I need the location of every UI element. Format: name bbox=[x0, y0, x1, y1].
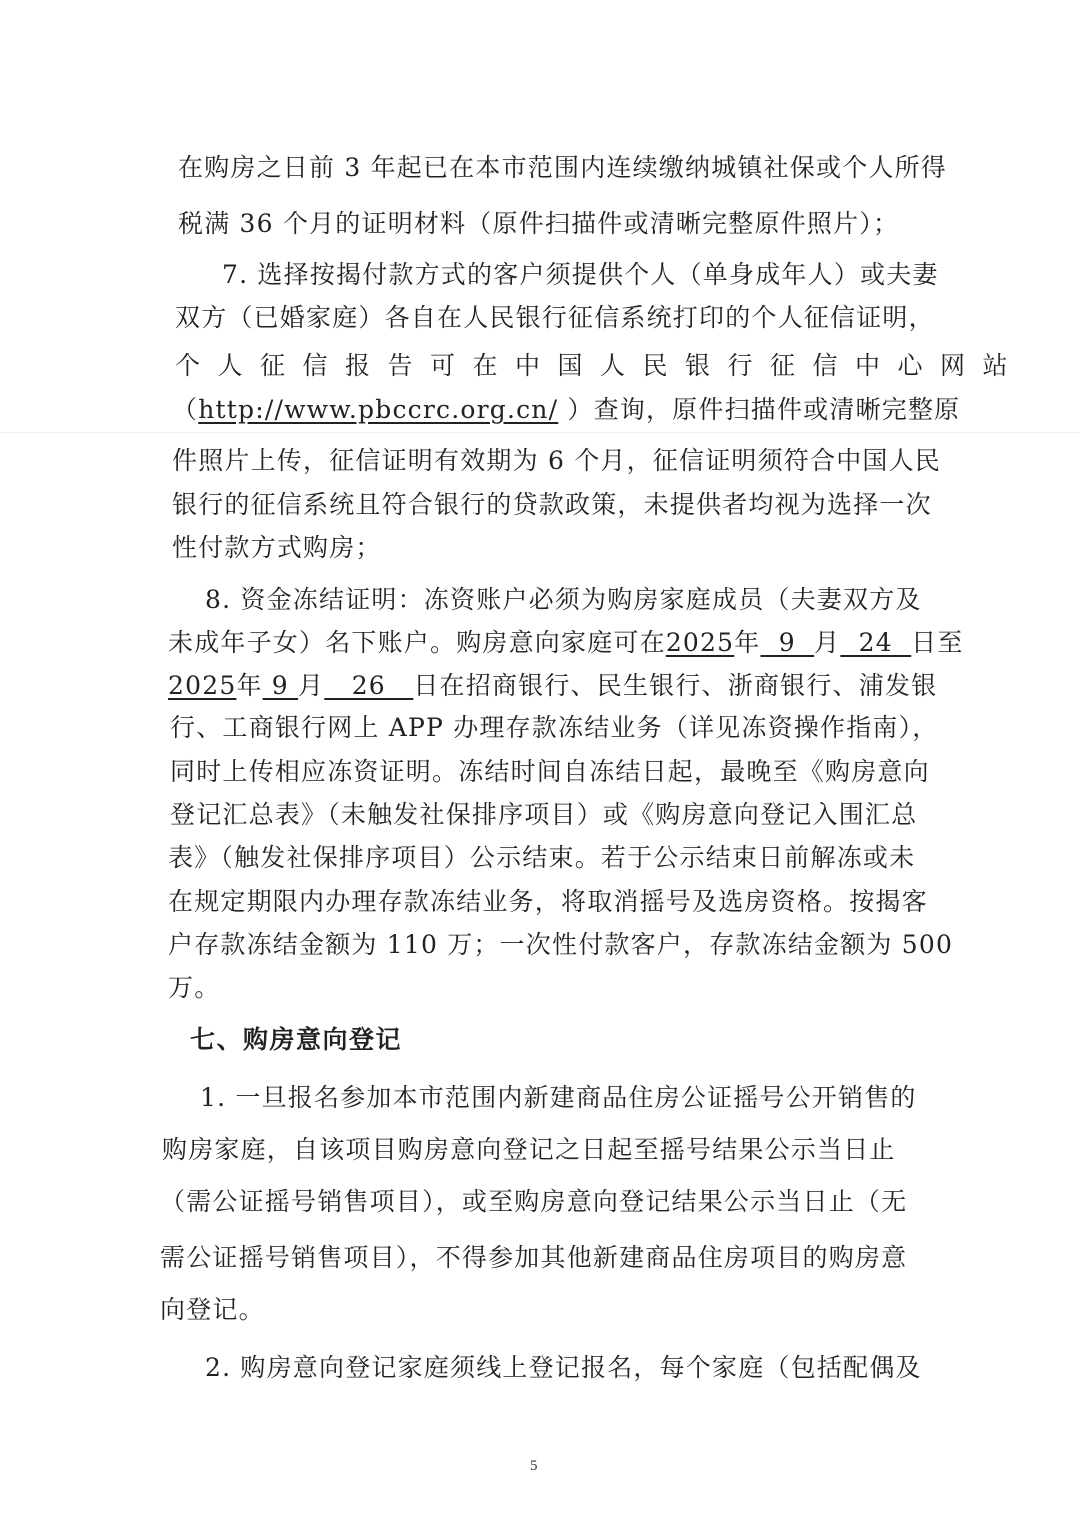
month-label: 月 bbox=[814, 628, 840, 657]
end-year: 2025 bbox=[168, 671, 236, 700]
text-line: 向登记。 bbox=[160, 1293, 265, 1327]
url-line-rest: ）查询，原件扫描件或清晰完整原 bbox=[558, 395, 960, 424]
start-month: 9 bbox=[760, 628, 814, 657]
date-prefix: 未成年子女）名下账户。购房意向家庭可在 bbox=[168, 628, 666, 657]
text-line: 1. 一旦报名参加本市范围内新建商品住房公证摇号公开销售的 bbox=[200, 1081, 917, 1115]
text-line: （需公证摇号销售项目），或至购房意向登记结果公示当日止（无 bbox=[160, 1185, 907, 1219]
text-line: 同时上传相应冻资证明。冻结时间自冻结日起，最晚至《购房意向 bbox=[170, 755, 930, 789]
start-day: 24 bbox=[840, 628, 911, 657]
scan-artifact-line bbox=[0, 432, 1080, 433]
text-line: 税满 36 个月的证明材料（原件扫描件或清晰完整原件照片）； bbox=[178, 207, 899, 241]
section-heading: 七、购房意向登记 bbox=[190, 1023, 402, 1057]
text-line: 行、工商银行网上 APP 办理存款冻结业务（详见冻资操作指南）， bbox=[170, 711, 939, 745]
pbccrc-link[interactable]: http://www.pbccrc.org.cn/ bbox=[198, 395, 558, 424]
text-line: 7. 选择按揭付款方式的客户须提供个人（单身成年人）或夫妻 bbox=[222, 258, 939, 292]
text-line: 表》（触发社保排序项目）公示结束。若于公示结束日前解冻或未 bbox=[168, 841, 915, 875]
freeze-date-start-line: 未成年子女）名下账户。购房意向家庭可在2025年 9 月 24 日至 bbox=[168, 626, 964, 660]
month-label: 月 bbox=[298, 671, 324, 700]
date-line-rest: 日在招商银行、民生银行、浙商银行、浦发银 bbox=[413, 671, 937, 700]
text-line: 购房家庭，自该项目购房意向登记之日起至摇号结果公示当日止 bbox=[162, 1133, 896, 1167]
end-month: 9 bbox=[263, 671, 298, 700]
text-line: 登记汇总表》（未触发社保排序项目）或《购房意向登记入围汇总 bbox=[170, 798, 917, 832]
day-label: 日至 bbox=[911, 628, 963, 657]
text-line: 户存款冻结金额为 110 万；一次性付款客户，存款冻结金额为 500 bbox=[168, 928, 953, 962]
year-label: 年 bbox=[236, 671, 262, 700]
freeze-date-end-line: 2025年 9 月 26 日在招商银行、民生银行、浙商银行、浦发银 bbox=[168, 669, 937, 703]
text-line: 个人征信报告可在中国人民银行征信中心网站 bbox=[175, 349, 1025, 383]
text-line: 双方（已婚家庭）各自在人民银行征信系统打印的个人征信证明， bbox=[175, 301, 935, 335]
text-line: 8. 资金冻结证明：冻资账户必须为购房家庭成员（夫妻双方及 bbox=[205, 583, 922, 617]
text-line: 性付款方式购房； bbox=[172, 531, 382, 565]
text-line: 2. 购房意向登记家庭须线上登记报名，每个家庭（包括配偶及 bbox=[205, 1351, 922, 1385]
text-line: 需公证摇号销售项目），不得参加其他新建商品住房项目的购房意 bbox=[160, 1241, 907, 1275]
text-line: 在规定期限内办理存款冻结业务，将取消摇号及选房资格。按揭客 bbox=[168, 885, 928, 919]
text-line: 件照片上传，征信证明有效期为 6 个月，征信证明须符合中国人民 bbox=[172, 444, 941, 478]
text-line: 在购房之日前 3 年起已在本市范围内连续缴纳城镇社保或个人所得 bbox=[178, 151, 947, 185]
text-line: 银行的征信系统且符合银行的贷款政策，未提供者均视为选择一次 bbox=[172, 488, 932, 522]
url-line: （http://www.pbccrc.org.cn/ ）查询，原件扫描件或清晰完… bbox=[172, 393, 960, 427]
open-paren: （ bbox=[172, 395, 198, 424]
start-year: 2025 bbox=[666, 628, 734, 657]
page-number: 5 bbox=[530, 1458, 538, 1475]
text-line: 万。 bbox=[168, 971, 220, 1005]
year-label: 年 bbox=[734, 628, 760, 657]
end-day: 26 bbox=[324, 671, 413, 700]
